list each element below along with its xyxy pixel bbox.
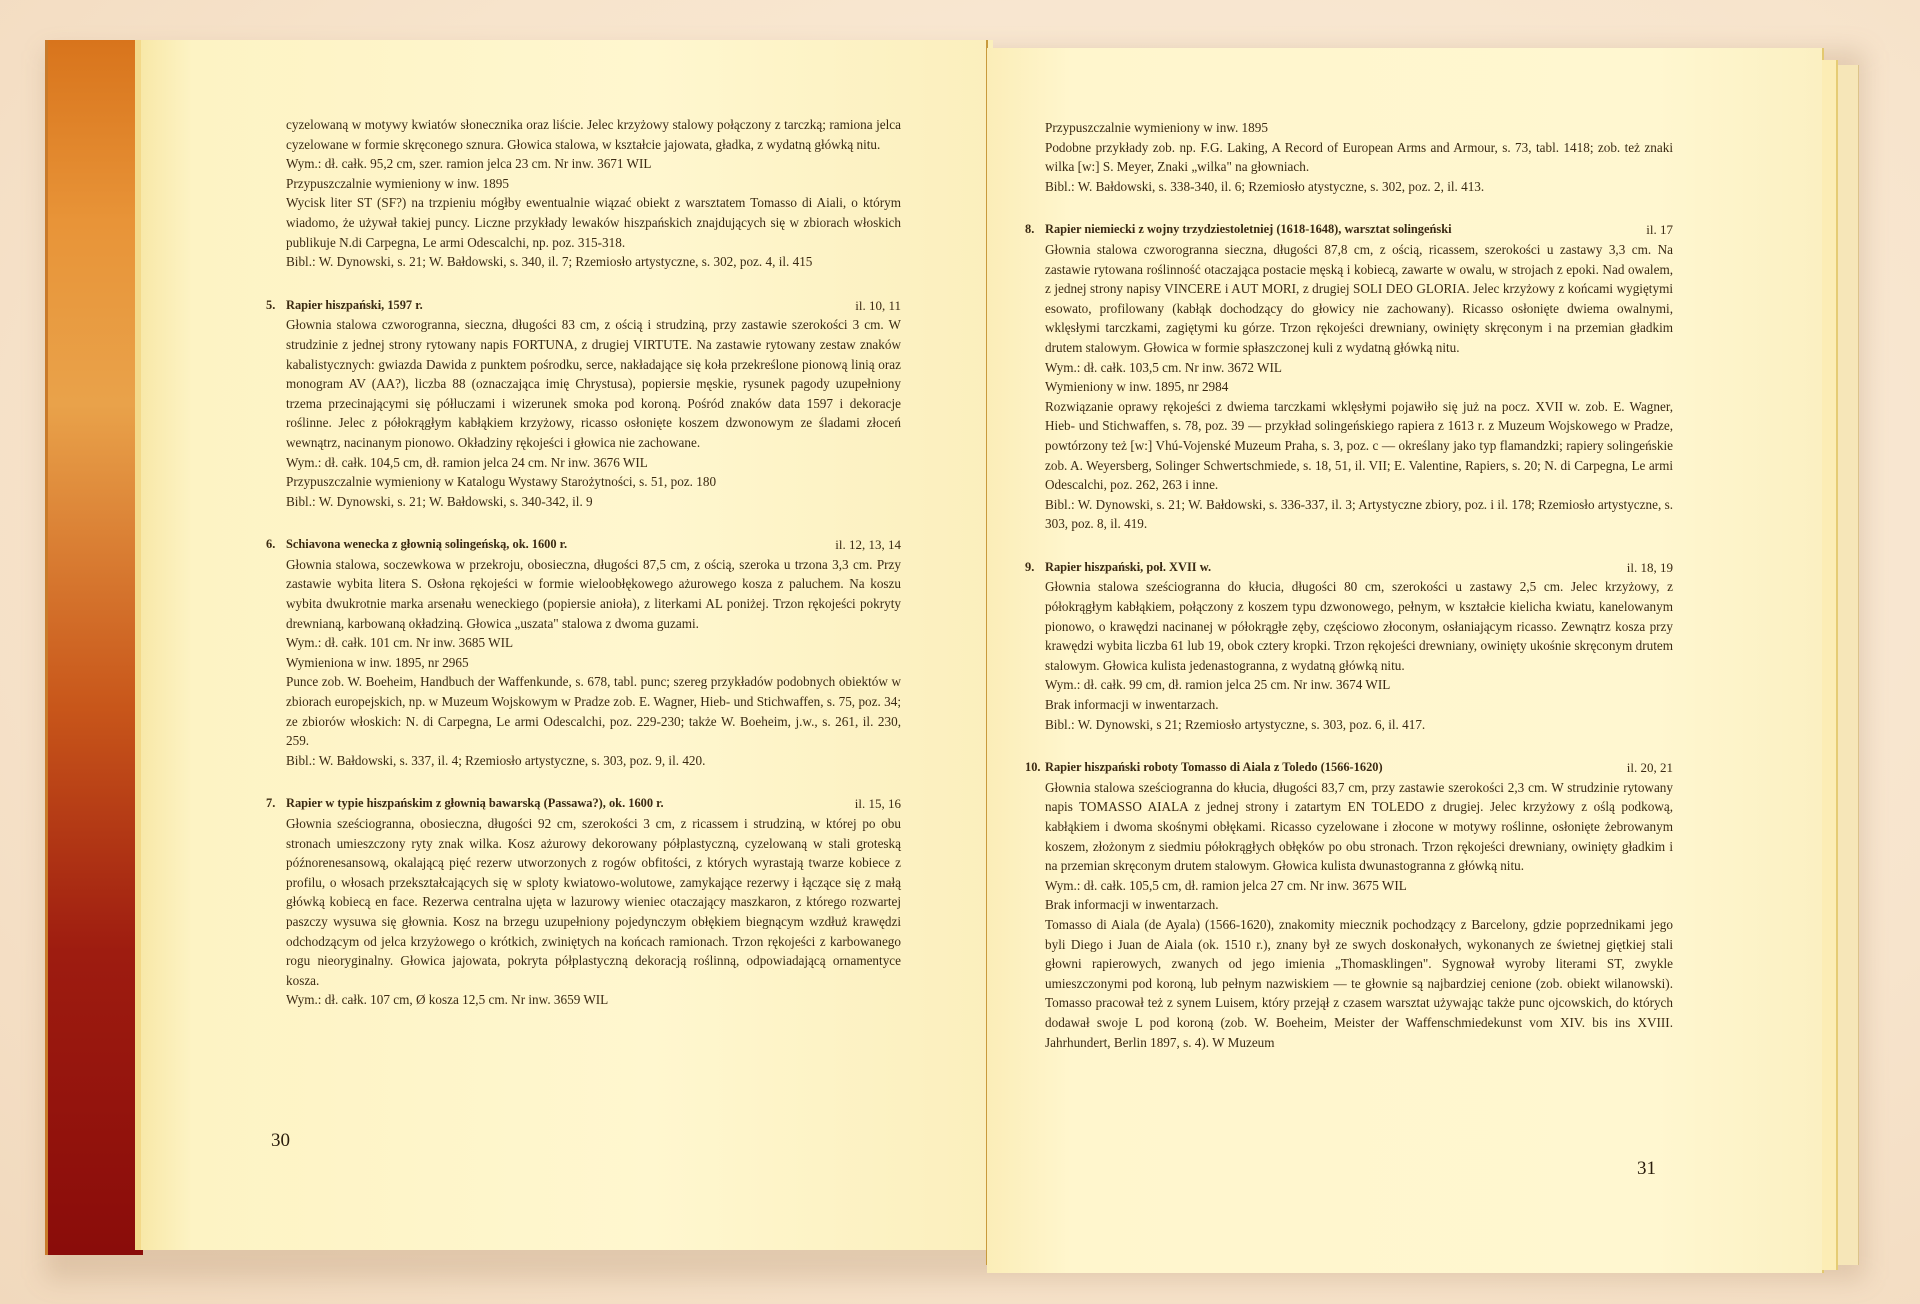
entry-heading: 7.Rapier w typie hiszpańskim z głownią b… [266, 794, 901, 814]
right-page-content: Przypuszczalnie wymieniony w inw. 1895 P… [1045, 118, 1673, 1052]
book-cover-spine [45, 40, 143, 1255]
page-number: 31 [1637, 1158, 1656, 1180]
right-page: Przypuszczalnie wymieniony w inw. 1895 P… [987, 48, 1824, 1273]
bibliography-line: Bibl.: W. Bałdowski, s. 338-340, il. 6; … [1045, 177, 1673, 197]
inventory-note: Brak informacji w inwentarzach. [1045, 695, 1673, 715]
catalog-entry-9: 9.Rapier hiszpański, poł. XVII w. il. 18… [1045, 558, 1673, 734]
catalog-entry-5: 5.Rapier hiszpański, 1597 r. il. 10, 11 … [286, 296, 901, 512]
entry-number: 8. [1025, 220, 1045, 240]
entry-description: Głownia stalowa, soczewkowa w przekroju,… [286, 555, 901, 633]
reference-note: Punce zob. W. Boeheim, Handbuch der Waff… [286, 672, 901, 750]
entry-title: Rapier w typie hiszpańskim z głownią baw… [286, 796, 664, 810]
left-page: cyzelowaną w motywy kwiatów słonecznika … [135, 40, 993, 1250]
inventory-note: Przypuszczalnie wymieniony w inw. 1895 [286, 174, 901, 194]
inventory-note: Wymieniony w inw. 1895, nr 2984 [1045, 377, 1673, 397]
bibliography-line: Bibl.: W. Dynowski, s. 21; W. Bałdowski,… [1045, 495, 1673, 534]
entry-description: Głownia stalowa sześciogranna do kłucia,… [1045, 577, 1673, 675]
entry-heading: 9.Rapier hiszpański, poł. XVII w. il. 18… [1025, 558, 1673, 578]
catalog-entry-7: 7.Rapier w typie hiszpańskim z głownią b… [286, 794, 901, 1010]
entry-title: Rapier hiszpański, 1597 r. [286, 298, 423, 312]
inventory-note: Wymieniona w inw. 1895, nr 2965 [286, 653, 901, 673]
entry-number: 5. [266, 296, 286, 316]
entry-description: Głownia stalowa czworogranna sieczna, dł… [1045, 240, 1673, 358]
illustration-ref: il. 17 [1646, 220, 1673, 240]
entry-description: Głownia sześciogranna, obosieczna, długo… [286, 814, 901, 990]
entry-number: 10. [1025, 758, 1045, 778]
entry-description: Głownia stalowa sześciogranna do kłucia,… [1045, 778, 1673, 876]
page-edges [1822, 60, 1838, 1270]
bibliography-line: Bibl.: W. Bałdowski, s. 337, il. 4; Rzem… [286, 751, 901, 771]
bibliography-line: Bibl.: W. Dynowski, s. 21; W. Bałdowski,… [286, 252, 901, 272]
dimensions-line: Wym.: dł. całk. 107 cm, Ø kosza 12,5 cm.… [286, 990, 901, 1010]
entry-title: Rapier hiszpański roboty Tomasso di Aial… [1045, 760, 1383, 774]
entry-heading: 10.Rapier hiszpański roboty Tomasso di A… [1025, 758, 1673, 778]
entry-number: 7. [266, 794, 286, 814]
entry-title: Rapier hiszpański, poł. XVII w. [1045, 560, 1211, 574]
entry-number: 6. [266, 535, 286, 555]
illustration-ref: il. 15, 16 [855, 794, 901, 814]
continuation-text: cyzelowaną w motywy kwiatów słonecznika … [286, 115, 901, 154]
catalog-entry-8: 8.Rapier niemiecki z wojny trzydziestole… [1045, 220, 1673, 534]
bibliography-line: Bibl.: W. Dynowski, s. 21; W. Bałdowski,… [286, 492, 901, 512]
catalog-entry-6: 6.Schiavona wenecka z głownią solingeńsk… [286, 535, 901, 770]
dimensions-line: Wym.: dł. całk. 103,5 cm. Nr inw. 3672 W… [1045, 358, 1673, 378]
note-text: Wycisk liter ST (SF?) na trzpieniu mógłb… [286, 193, 901, 252]
inventory-note: Przypuszczalnie wymieniony w Katalogu Wy… [286, 472, 901, 492]
dimensions-line: Wym.: dł. całk. 101 cm. Nr inw. 3685 WIL [286, 633, 901, 653]
reference-note: Rozwiązanie oprawy rękojeści z dwiema ta… [1045, 397, 1673, 495]
reference-note: Podobne przykłady zob. np. F.G. Laking, … [1045, 138, 1673, 177]
entry-title: Rapier niemiecki z wojny trzydziestoletn… [1045, 222, 1452, 236]
dimensions-line: Wym.: dł. całk. 99 cm, dł. ramion jelca … [1045, 675, 1673, 695]
left-page-content: cyzelowaną w motywy kwiatów słonecznika … [286, 115, 901, 1010]
entry-title: Schiavona wenecka z głownią solingeńską,… [286, 537, 567, 551]
dimensions-line: Wym.: dł. całk. 105,5 cm, dł. ramion jel… [1045, 876, 1673, 896]
bibliography-line: Bibl.: W. Dynowski, s 21; Rzemiosło arty… [1045, 715, 1673, 735]
dimensions-line: Wym.: dł. całk. 95,2 cm, szer. ramion je… [286, 154, 901, 174]
dimensions-line: Wym.: dł. całk. 104,5 cm, dł. ramion jel… [286, 453, 901, 473]
entry-number: 9. [1025, 558, 1045, 578]
entry-heading: 6.Schiavona wenecka z głownią solingeńsk… [266, 535, 901, 555]
entry-description: Głownia stalowa czworogranna, sieczna, d… [286, 315, 901, 452]
illustration-ref: il. 20, 21 [1627, 758, 1673, 778]
reference-note: Tomasso di Aiala (de Ayala) (1566-1620),… [1045, 915, 1673, 1052]
back-cover-edge [1838, 65, 1859, 1265]
illustration-ref: il. 12, 13, 14 [835, 535, 901, 555]
inventory-note: Brak informacji w inwentarzach. [1045, 895, 1673, 915]
entry-heading: 5.Rapier hiszpański, 1597 r. il. 10, 11 [266, 296, 901, 316]
page-number: 30 [271, 1130, 290, 1152]
illustration-ref: il. 10, 11 [855, 296, 901, 316]
entry-heading: 8.Rapier niemiecki z wojny trzydziestole… [1025, 220, 1673, 240]
illustration-ref: il. 18, 19 [1627, 558, 1673, 578]
inventory-note: Przypuszczalnie wymieniony w inw. 1895 [1045, 118, 1673, 138]
catalog-entry-10: 10.Rapier hiszpański roboty Tomasso di A… [1045, 758, 1673, 1052]
